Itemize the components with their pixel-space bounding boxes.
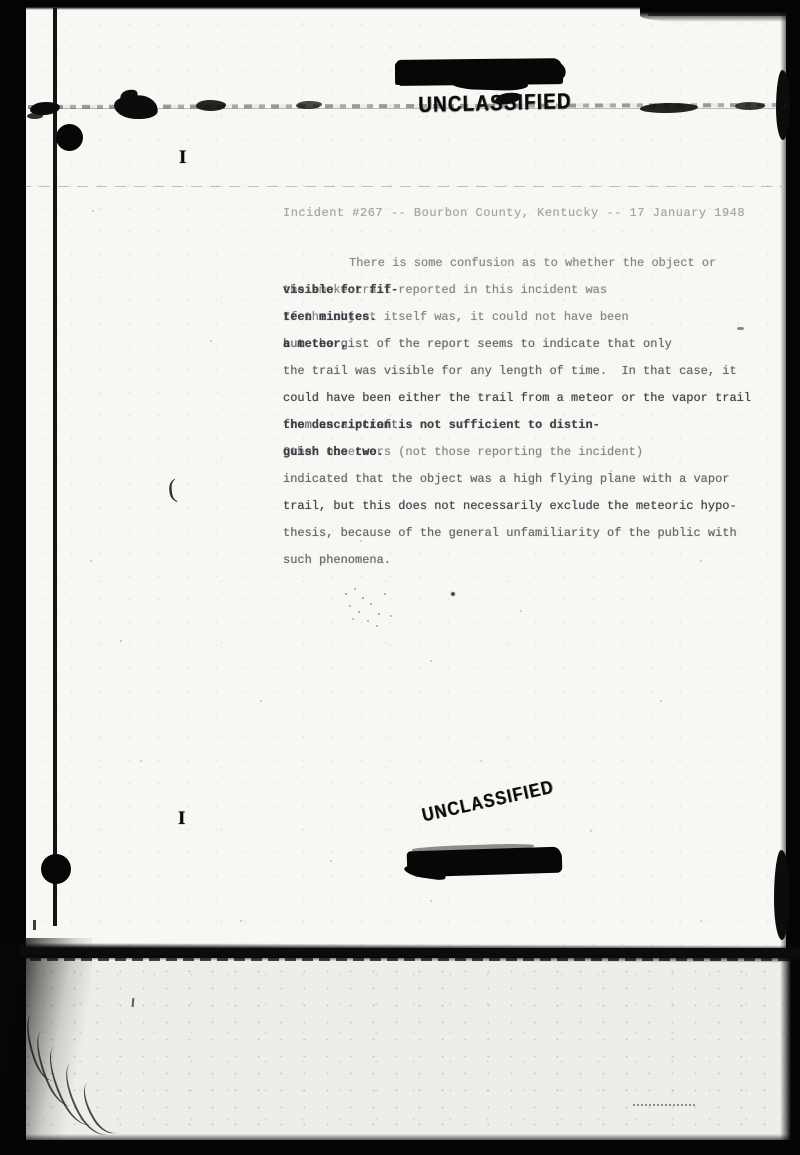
scan-edge-bottom [0,1134,800,1155]
typewritten-line: could have been either the trail from a … [283,391,751,405]
faint-fold-line [20,186,782,187]
line-segment: the description is not sufficient to dis… [283,418,600,432]
smudge-speckles [340,585,342,587]
typewritten-line: thesis, because of the general unfamilia… [283,526,737,540]
ink-dot [56,124,83,151]
ink-tick-mark: I [179,148,186,167]
typewritten-line: trail, but this does not necessarily exc… [283,499,737,513]
page-bottom-edge-noise [30,956,790,961]
paper-speckles [0,0,2,2]
ink-tick-mark: I [178,809,185,828]
line-segment: visible for fif- [283,283,398,297]
faint-marks [633,1104,695,1108]
ink-speck [33,920,36,930]
typewritten-line: There is some confusion as to whether th… [283,256,716,270]
incident-heading: Incident #267 -- Bourbon County, Kentuck… [283,206,745,220]
scan-edge-right [780,0,800,1150]
scanner-background-sheet [14,958,800,1140]
line-segment: but the gist of the report seems to indi… [283,337,672,351]
scan-artifact-line [648,13,786,16]
typewritten-line: such phenomena. [283,553,391,567]
scan-edge-top-right [640,0,800,22]
ink-speck [737,327,744,330]
typewritten-line: indicated that the object was a high fly… [283,472,729,486]
typewritten-line: the trail was visible for any length of … [283,364,737,378]
line-segment: Other observers (not those reporting the… [283,445,643,459]
scanned-document-page: UNCLASSIFIED Incident #267 -- Bourbon Co… [0,0,800,1155]
binding-vertical-line [53,8,57,926]
ink-dot [41,854,71,884]
line-segment: If the object itself was, it could not h… [283,310,629,324]
unclassified-stamp-top: UNCLASSIFIED [418,88,572,118]
